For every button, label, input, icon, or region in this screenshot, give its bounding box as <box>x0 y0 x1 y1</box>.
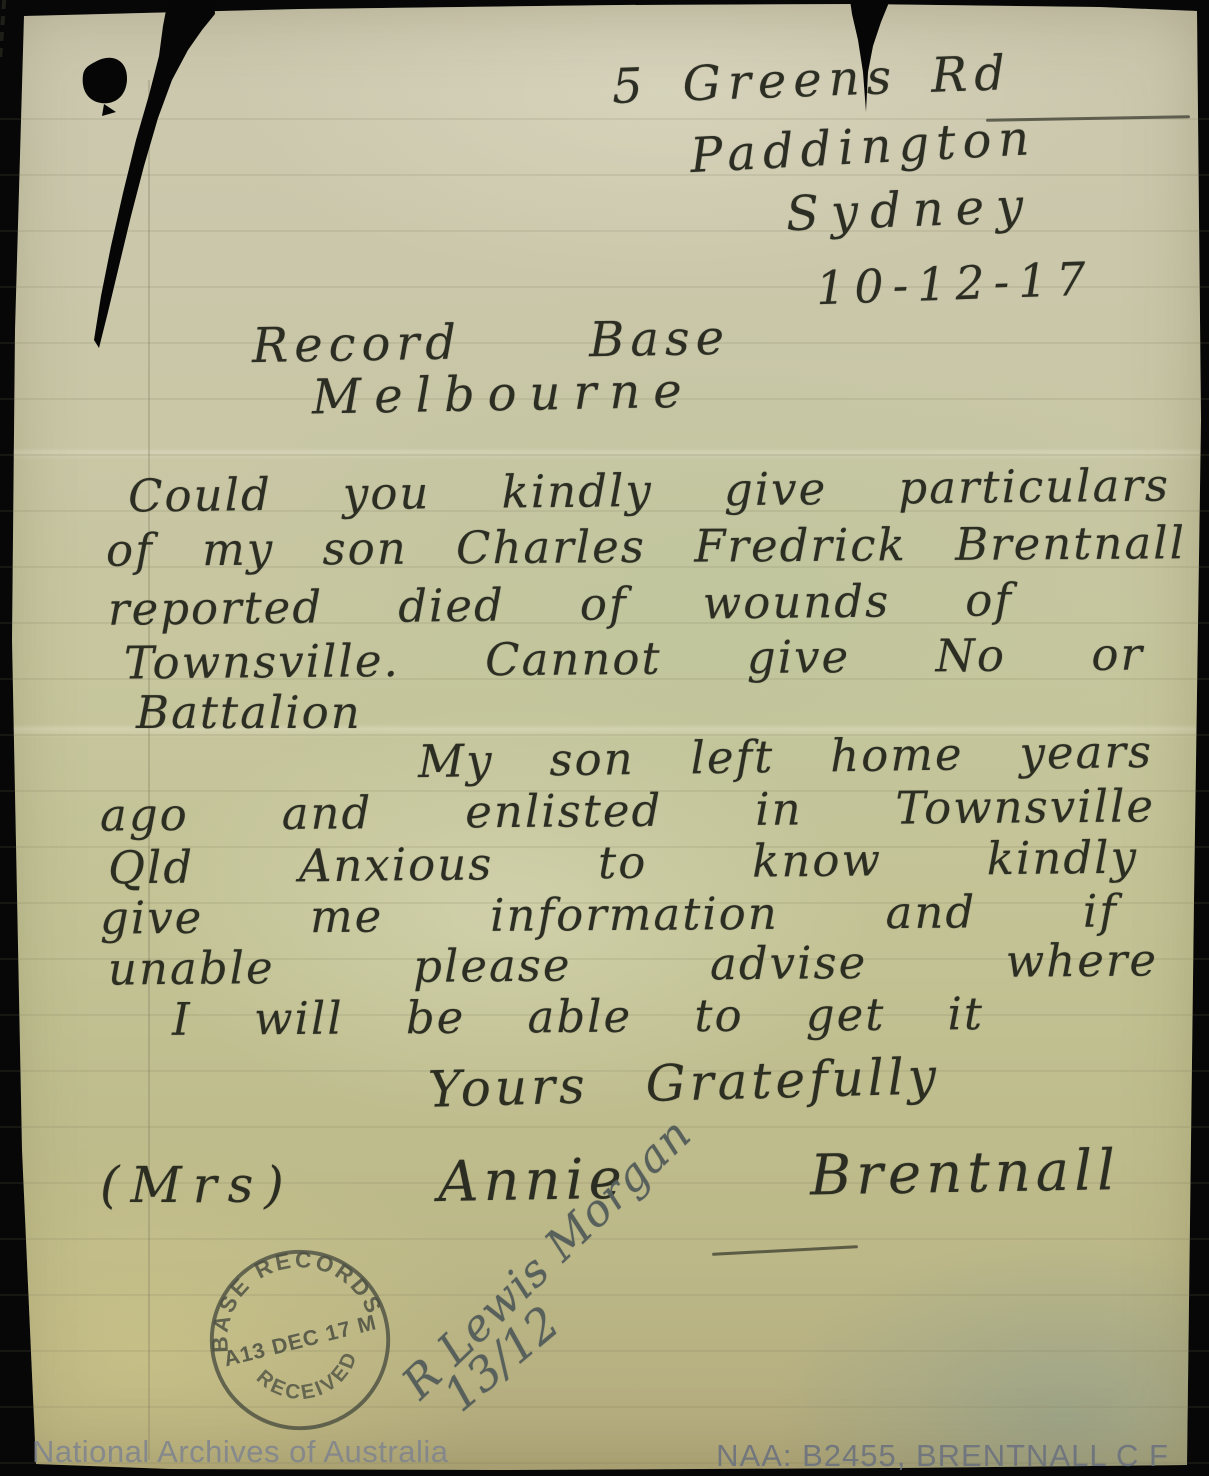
archive-scan: 5 Greens Rd Paddington Sydney 10-12-17 R… <box>0 0 1209 1476</box>
body-line: of my son Charles Fredrick Brentnall <box>106 518 1186 575</box>
letter-date: 10-12-17 <box>815 253 1117 314</box>
body-line: Battalion <box>136 688 466 738</box>
body-line: Townsville. Cannot give No or <box>124 630 1144 688</box>
body-line: unable please advise where <box>108 935 1158 994</box>
pen-dash-mark <box>0 0 6 62</box>
signature-name: Annie Brentnall <box>438 1140 1121 1213</box>
recipient-line-2: Melbourne <box>312 365 713 425</box>
body-line: Could you kindly give particulars <box>128 461 1170 521</box>
body-line: I will be able to get it <box>172 989 984 1044</box>
margin-rule-line <box>148 80 150 1460</box>
body-line: reported died of wounds of <box>108 575 1013 634</box>
body-line: Qld Anxious to know kindly <box>108 833 1138 893</box>
archive-reference: NAA: B2455, BRENTNALL C F <box>716 1438 1169 1474</box>
address-line-3: Sydney <box>785 180 1041 242</box>
archive-watermark: National Archives of Australia <box>32 1434 449 1470</box>
body-line: My son left home years <box>418 727 1154 787</box>
signature-title: (Mrs) <box>100 1158 315 1213</box>
